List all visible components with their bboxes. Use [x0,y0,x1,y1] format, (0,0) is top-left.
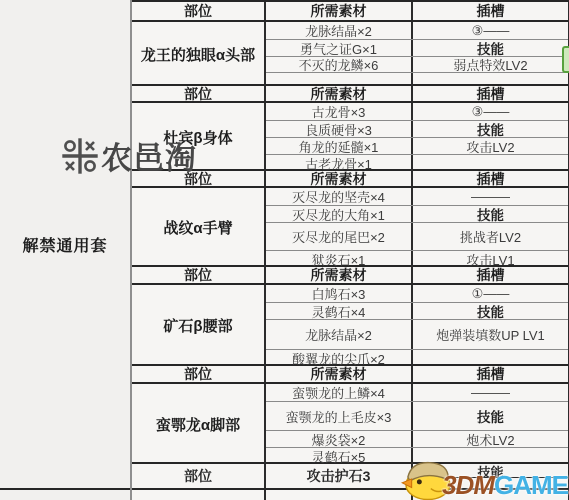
logo-text-game: GAME [494,470,568,500]
column-header-row: 部位 所需素材 插槽 [132,267,568,285]
skill-value-cell: 弱点特效LV2 [413,57,568,72]
green-edge-marker [562,46,569,73]
material-cell: 白鸠石×3 [266,285,413,302]
table-row: 龙脉结晶×2 炮弹装填数UP LV1 [266,319,568,349]
skill-value-cell: 攻击LV2 [413,138,568,154]
col-header-part: 部位 [132,171,266,186]
column-header-row: 部位 所需素材 插槽 [132,366,568,384]
column-header-row: 部位 所需素材 插槽 [132,2,568,22]
threedm-logo: 3DM GAME [398,456,568,500]
section-head: 部位 所需素材 插槽 龙王的独眼α头部 龙脉结晶×2 ③—— 勇气之证G×1 技… [132,0,568,84]
column-header-row: 部位 所需素材 插槽 [132,171,568,188]
slot-cell: ——— [413,188,568,205]
skill-header-cell: 技能 [413,121,568,137]
table-row: 灭尽龙的坚壳×4 ——— [266,188,568,205]
col-header-slots: 插槽 [413,267,568,283]
table-row: 白鸠石×3 ①—— [266,285,568,302]
table-row: 龙脉结晶×2 ③—— [266,22,568,39]
col-header-part: 部位 [132,267,266,283]
slot-cell: ③—— [413,103,568,120]
col-header-slots: 插槽 [413,2,568,20]
material-cell: 龙脉结晶×2 [266,22,413,39]
col-header-slots: 插槽 [413,366,568,382]
material-cell: 良质硬骨×3 [266,121,413,137]
slot-cell: ③—— [413,22,568,39]
material-cell: 灵鹤石×5 [266,448,413,464]
table-row: 角龙的延髓×1 攻击LV2 [266,137,568,154]
table-row: 不灭的龙鳞×6 弱点特效LV2 [266,56,568,72]
col-header-slots: 插槽 [413,86,568,101]
part-name-cell: 杜宾β身体 [132,103,266,171]
logo-text-3dm: 3DM [442,470,494,500]
material-cell: 勇气之证G×1 [266,40,413,56]
slot-cell: ①—— [413,285,568,302]
set-name-cell: 解禁通用套 [0,0,130,490]
charm-part-cell: 部位 [132,464,266,488]
material-cell: 角龙的延髓×1 [266,138,413,154]
material-cell: 灭尽龙的尾巴×2 [266,223,413,250]
charm-name-cell: 攻击护石3 [266,464,413,488]
part-name-cell: 矿石β腰部 [132,285,266,366]
skill-value-cell: 炮弹装填数UP LV1 [413,320,568,349]
material-cell: 爆炎袋×2 [266,431,413,447]
skill-header-cell: 技能 [413,40,568,56]
section-waist: 部位 所需素材 插槽 矿石β腰部 白鸠石×3 ①—— 灵鹤石×4 技能 龙脉 [132,265,568,364]
skill-value-cell: 挑战者LV2 [413,223,568,250]
col-header-slots: 插槽 [413,171,568,186]
material-cell: 蛮颚龙的上毛皮×3 [266,402,413,430]
table-row: 灭尽龙的大角×1 技能 [266,205,568,222]
table-row: 蛮颚龙的上毛皮×3 技能 [266,401,568,430]
slot-cell: ——— [413,384,568,401]
column-header-row: 部位 所需素材 插槽 [132,86,568,103]
table-row: 灵鹤石×4 技能 [266,302,568,319]
set-name-label: 解禁通用套 [22,233,107,256]
material-cell: 蛮颚龙的上鳞×4 [266,384,413,401]
crafting-table: 部位 所需素材 插槽 龙王的独眼α头部 龙脉结晶×2 ③—— 勇气之证G×1 技… [130,0,569,500]
part-name-cell: 战纹α手臂 [132,188,266,267]
table-row: 勇气之证G×1 技能 [266,39,568,56]
table-row: 古龙骨×3 ③—— [266,103,568,120]
material-cell: 灭尽龙的坚壳×4 [266,188,413,205]
armor-guide-table: 解禁通用套 部位 所需素材 插槽 龙王的独眼α头部 龙脉结晶×2 ③—— 勇气之… [0,0,569,500]
part-name-cell: 蛮鄂龙α脚部 [132,384,266,464]
section-arms: 部位 所需素材 插槽 战纹α手臂 灭尽龙的坚壳×4 ——— 灭尽龙的大角×1 技… [132,169,568,265]
col-header-materials: 所需素材 [266,267,413,283]
col-header-materials: 所需素材 [266,86,413,101]
table-row: 爆炎袋×2 炮术LV2 [266,430,568,447]
skill-header-cell: 技能 [413,206,568,222]
col-header-materials: 所需素材 [266,171,413,186]
section-legs: 部位 所需素材 插槽 蛮鄂龙α脚部 蛮颚龙的上鳞×4 ——— 蛮颚龙的上毛皮×3… [132,364,568,462]
material-cell: 不灭的龙鳞×6 [266,57,413,72]
col-header-materials: 所需素材 [266,366,413,382]
skill-header-cell: 技能 [413,303,568,319]
skill-header-cell: 技能 [413,402,568,430]
material-cell: 灵鹤石×4 [266,303,413,319]
col-header-part: 部位 [132,2,266,20]
col-header-materials: 所需素材 [266,2,413,20]
skill-value-cell: 炮术LV2 [413,431,568,447]
table-row: 灭尽龙的尾巴×2 挑战者LV2 [266,222,568,250]
material-cell: 古龙骨×3 [266,103,413,120]
col-header-part: 部位 [132,86,266,101]
material-cell: 龙脉结晶×2 [266,320,413,349]
table-row: 良质硬骨×3 技能 [266,120,568,137]
table-row: 蛮颚龙的上鳞×4 ——— [266,384,568,401]
material-cell: 灭尽龙的大角×1 [266,206,413,222]
part-name-cell: 龙王的独眼α头部 [132,22,266,86]
section-body: 部位 所需素材 插槽 杜宾β身体 古龙骨×3 ③—— 良质硬骨×3 技能 角 [132,84,568,169]
col-header-part: 部位 [132,366,266,382]
